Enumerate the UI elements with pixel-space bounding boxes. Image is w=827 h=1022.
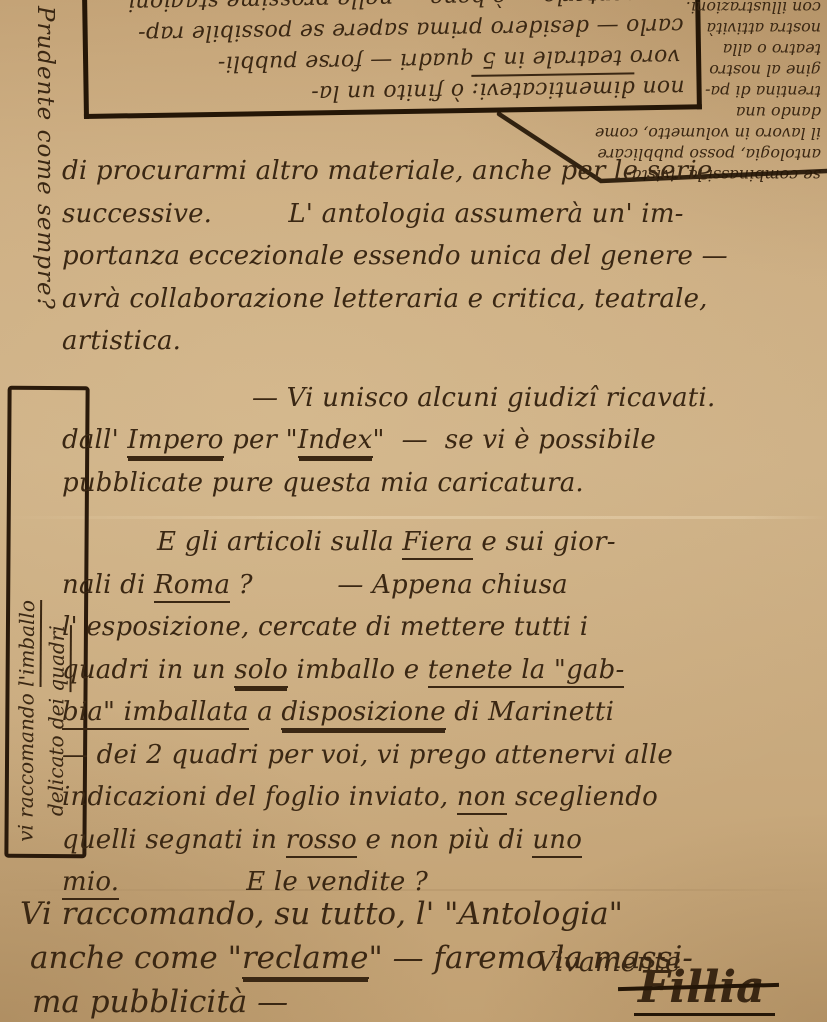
note-line: successive. L' antologia assumerà un' im… (62, 193, 818, 236)
text-segment: e sui gior- (473, 527, 616, 557)
text-segment: quadri in un (62, 655, 234, 685)
text-segment: quelli segnati in (62, 825, 286, 855)
note-line: artistica. (62, 320, 818, 363)
letter-page: non dimenticatevi: ò finito un la-voro t… (0, 0, 827, 1022)
text-segment: pubblicate pure questa mia caricatura. (62, 468, 584, 498)
text-segment: reclame (242, 940, 369, 979)
letter-body: di procurarmi altro materiale, anche per… (62, 150, 818, 904)
signature: Fillia (634, 962, 775, 1016)
text-segment: tenete la "gab- (428, 655, 625, 688)
text-segment: ò finito un la- (311, 78, 472, 106)
note-line: l' esposizione, cercate di mettere tutti… (62, 606, 818, 649)
note-line: gine al nostro (525, 60, 821, 81)
note-line: — Vi unisco alcuni giudizî ricavati. (252, 377, 818, 420)
text-segment: gine al nostro (709, 61, 821, 80)
text-segment: Vi raccomando, su tutto, l' "Antologia" (20, 896, 623, 932)
left-margin-note-top: Prudente come sempre? (14, 6, 58, 342)
note-line: teatro o alla (525, 39, 821, 60)
text-segment: " — se vi è possibile (373, 425, 657, 455)
note-line: di procurarmi altro materiale, anche per… (62, 150, 818, 193)
note-line: E gli articoli sulla Fiera e sui gior- (157, 521, 818, 564)
note-line: nali di Roma ? — Appena chiusa (62, 564, 818, 607)
note-line: — dei 2 quadri per voi, vi prego attener… (62, 734, 818, 777)
note-line: nostra attività (525, 18, 821, 39)
text-segment: — Vi unisco alcuni giudizî ricavati. (252, 383, 715, 413)
note-line: con illustrazioni. (525, 0, 821, 18)
text-segment: Fiera (402, 527, 473, 560)
text-segment: l'imballo (15, 600, 43, 687)
text-segment: imballo e (288, 655, 428, 685)
text-segment: il lavoro in volumetto, come (595, 124, 821, 143)
text-segment: dando una (736, 103, 821, 122)
text-segment: trentina di pa- (705, 82, 821, 101)
text-segment: disposizione (281, 697, 445, 730)
note-line: trentina di pa- (525, 81, 821, 102)
note-line: il lavoro in volumetto, come (525, 123, 821, 144)
note-line: avrà collaborazione letteraria e critica… (62, 278, 818, 321)
note-line: dall' Impero per "Index" — se vi è possi… (62, 419, 818, 462)
note-line: quelli segnati in rosso e non più di uno (62, 819, 818, 862)
text-segment: rosso (286, 825, 357, 858)
note-line: dando una (525, 102, 821, 123)
text-segment: anche come " (30, 940, 242, 976)
text-segment: indicazioni del foglio inviato, (62, 782, 457, 812)
note-line: quadri in un solo imballo e tenete la "g… (62, 649, 818, 692)
text-segment: bia" imballata (62, 697, 249, 730)
text-segment: teatro o alla (723, 40, 821, 59)
note-line: bia" imballata a disposizione di Marinet… (62, 691, 818, 734)
text-segment: Impero (127, 425, 223, 458)
text-segment: non (457, 782, 507, 815)
text-segment: di Marinetti (446, 697, 614, 727)
text-segment: Roma (154, 570, 230, 603)
text-segment: l' esposizione, cercate di mettere tutti… (62, 612, 588, 642)
text-segment: avrà collaborazione letteraria e critica… (62, 284, 708, 314)
text-segment: nali di (62, 570, 154, 600)
text-segment: di procurarmi altro materiale, anche per… (62, 156, 712, 186)
text-segment: artistica. (62, 326, 181, 356)
text-segment: — dei 2 quadri per voi, vi prego attener… (62, 740, 673, 770)
text-segment: successive. L' antologia assumerà un' im… (62, 199, 684, 229)
note-line: indicazioni del foglio inviato, non sceg… (62, 776, 818, 819)
text-segment: con illustrazioni. (686, 0, 821, 17)
text-segment: a (249, 697, 282, 727)
text-segment: uno (532, 825, 582, 858)
text-segment: e non più di (357, 825, 532, 855)
note-line: vi raccomando l'imballo (10, 390, 43, 842)
text-segment: ma pubblicità — (32, 984, 288, 1020)
text-segment: portanza eccezionale essendo unica del g… (62, 241, 728, 271)
text-segment: vi raccomando (13, 687, 38, 842)
text-segment: per " (224, 425, 298, 455)
text-segment: ? — Appena chiusa (230, 570, 568, 600)
text-segment: dall' (62, 425, 127, 455)
text-segment: nostra attività (707, 19, 822, 38)
note-line: pubblicate pure questa mia caricatura. (62, 462, 818, 505)
text-segment: solo (234, 655, 288, 688)
note-line: Vi raccomando, su tutto, l' "Antologia" (20, 892, 740, 936)
text-segment: scegliendo (507, 782, 658, 812)
text-segment: E gli articoli sulla (157, 527, 402, 557)
note-line: portanza eccezionale essendo unica del g… (62, 235, 818, 278)
text-segment: Index (298, 425, 373, 458)
